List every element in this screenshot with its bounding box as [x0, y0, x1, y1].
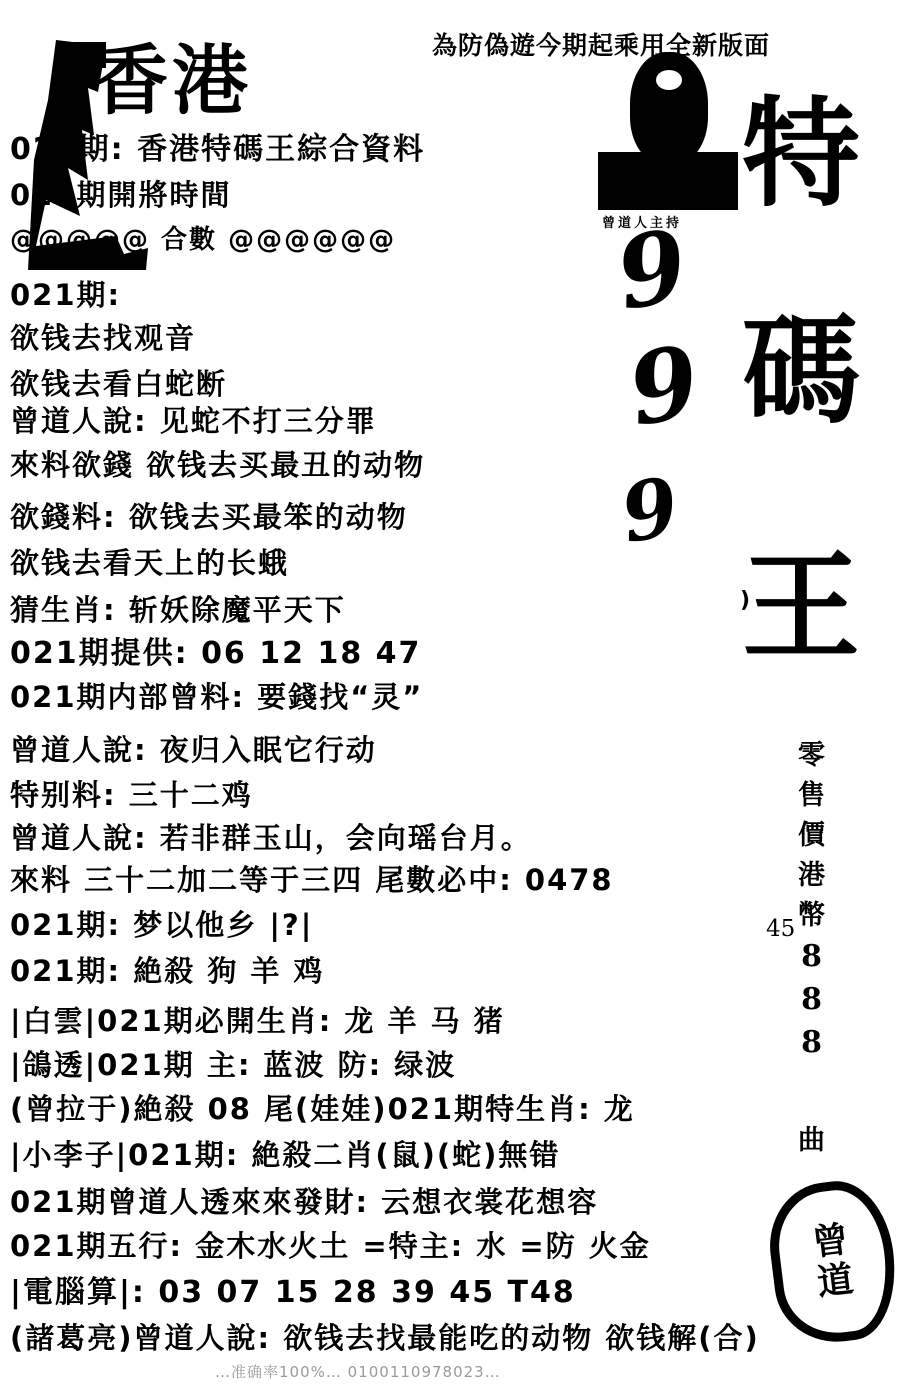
- text-line-zhugeliang: (諸葛亮)曾道人說: 欲钱去找最能吃的动物 欲钱解(合): [10, 1323, 788, 1355]
- text-line-zengdao-1: 曾道人說: 见蛇不打三分罪: [10, 406, 788, 438]
- retail-price-column: 零 售 價 港 幣 8 8 8: [798, 742, 825, 1058]
- portrait-highlight: [656, 70, 682, 90]
- text-line-special-tip: 特别料: 三十二鸡: [10, 780, 788, 812]
- text-line-drawtime: 021期開將時間: [10, 180, 788, 212]
- seal-char: 曾: [810, 1221, 850, 1263]
- text-line-verse-3: 欲钱去看天上的长蛾: [10, 548, 788, 580]
- price-digit: 8: [801, 985, 822, 1015]
- text-line-baiyun: |白雲|021期必開生肖: 龙 羊 马 猪: [10, 1006, 788, 1038]
- tip-sheet-page: 香港 為防偽遊今期起乘用全新版面 曾道人主持 特 碼 王 9 9 9 ) 零 售…: [0, 0, 908, 1391]
- text-line-verse-1: 欲钱去找观音: [10, 323, 788, 355]
- price-char: 港: [798, 862, 825, 889]
- text-line-computer-calc: |電腦算|: 03 07 15 28 39 45 T48: [10, 1276, 788, 1309]
- text-line-xiaolizi: |小李子|021期: 絶殺二肖(鼠)(蛇)無错: [10, 1140, 788, 1172]
- text-line-verse-2: 欲钱去看白蛇断: [10, 369, 788, 401]
- text-line-lailiao-1: 來料欲錢 欲钱去买最丑的动物: [10, 450, 788, 482]
- text-line-hesu-row: @@@@@ 合數 @@@@@@: [10, 226, 788, 255]
- text-line-zengdao-2: 曾道人說: 夜归入眠它行动: [10, 735, 788, 767]
- text-line-title: 021期: 香港特碼王綜合資料: [10, 133, 788, 166]
- text-line-five-elements: 021期五行: 金木水火土 =特主: 水 =防 火金: [10, 1231, 788, 1263]
- price-char: 零: [798, 742, 825, 769]
- text-line-numbers-offer: 021期提供: 06 12 18 47: [10, 637, 788, 670]
- text-line-footer-faint: …准确率100%… 0100110978023…: [215, 1364, 908, 1381]
- text-line-issue: 021期:: [10, 280, 788, 312]
- text-line-zengdao-3: 曾道人說: 若非群玉山，会向瑶台月。: [10, 823, 788, 855]
- text-line-zenglayu: (曾拉于)絶殺 08 尾(娃娃)021期特生肖: 龙: [10, 1094, 788, 1126]
- text-line-zodiac-guess: 猜生肖: 斩妖除魔平天下: [10, 595, 788, 627]
- price-char: 幣: [798, 902, 825, 929]
- text-line-tail-must-hit: 來料 三十二加二等于三四 尾數必中: 0478: [10, 865, 788, 897]
- text-line-kill-zodiacs: 021期: 絶殺 狗 羊 鸡: [10, 956, 788, 988]
- region-title: 香港: [92, 20, 252, 129]
- price-char: 售: [798, 782, 825, 809]
- text-line-dream: 021期: 梦以他乡 |?|: [10, 910, 788, 942]
- price-digit: 8: [801, 1028, 822, 1058]
- seal-char: 道: [815, 1261, 855, 1303]
- text-line-getou-waves: |鴿透|021期 主: 蓝波 防: 绿波: [10, 1050, 788, 1082]
- text-line-yuqianliao: 欲錢料: 欲钱去买最笨的动物: [10, 502, 788, 534]
- text-line-inside-tip: 021期内部曾料: 要錢找“灵”: [10, 682, 788, 714]
- seal-top-glyph: 曲: [798, 1118, 825, 1157]
- price-digit: 8: [801, 942, 822, 972]
- price-char: 價: [798, 822, 825, 849]
- text-line-fortune: 021期曾道人透來來發財: 云想衣裳花想容: [10, 1187, 788, 1219]
